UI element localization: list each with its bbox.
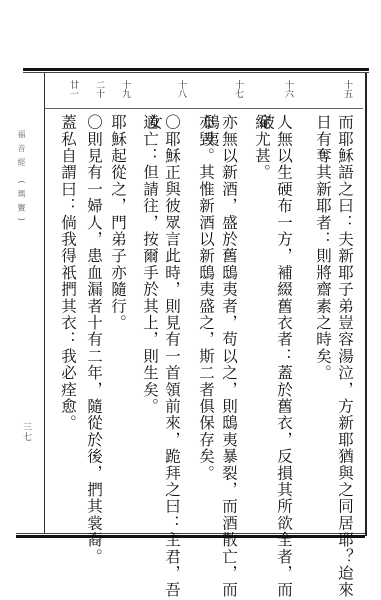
verse-number: 十八 bbox=[172, 80, 186, 98]
text-column: 〇則見有一婦人，患血漏者十有二年，隨從於後，捫其裳裔。 bbox=[85, 114, 103, 565]
text-column: 亦無以新酒，盛於舊鴟夷者，苟以之，則鴟夷暴裂，而酒散亡，而鴟夷 bbox=[220, 114, 238, 600]
verse-number: 二十 bbox=[90, 80, 104, 98]
verse-number: 十七 bbox=[229, 80, 243, 98]
text-column: 而耶穌語之曰：夫新耶子弟豈容湯泣，方新耶猶與之同居耶？迨來 bbox=[336, 114, 354, 598]
verse-number: 十六 bbox=[279, 80, 293, 98]
running-title: 福音經 (瑪竇) bbox=[14, 130, 28, 227]
frame-right-border bbox=[365, 73, 367, 536]
verse-number: 十五 bbox=[338, 80, 352, 98]
text-column: 亦毀。其惟新酒以新鴟夷盛之，斯二者俱保存矣。 bbox=[197, 114, 215, 481]
page-number: 三七 bbox=[20, 422, 32, 442]
verse-number: 廿一 bbox=[64, 80, 78, 98]
verse-number-band-separator bbox=[45, 108, 363, 109]
bottom-rule bbox=[16, 535, 365, 538]
top-rule bbox=[23, 68, 369, 71]
text-column: 綻尤甚。 bbox=[253, 114, 271, 181]
text-column: 耶穌起從之，門弟子亦隨行。 bbox=[109, 114, 127, 331]
frame-left-border bbox=[44, 73, 45, 533]
text-column: 蓋私自謂曰：倘我得祇捫其衣：我必痊愈。 bbox=[59, 114, 77, 431]
verse-number: 十九 bbox=[116, 80, 130, 98]
text-column: 適亡：但請往，按爾手於其上，則生矣。 bbox=[141, 114, 159, 415]
bottom-rule-thin bbox=[16, 533, 365, 534]
text-column: 〇耶穌正與彼眾言此時，則見有一首領前來，跪拜之曰：主君，吾女 bbox=[163, 114, 181, 600]
text-column: 日有奪其新耶者：則將齋素之時矣。 bbox=[314, 114, 332, 381]
top-rule-thin bbox=[23, 72, 369, 73]
text-column: 人無以生硬布一方，補綴舊衣者：蓋於舊衣，反損其所欲全者，而破 bbox=[275, 114, 293, 600]
